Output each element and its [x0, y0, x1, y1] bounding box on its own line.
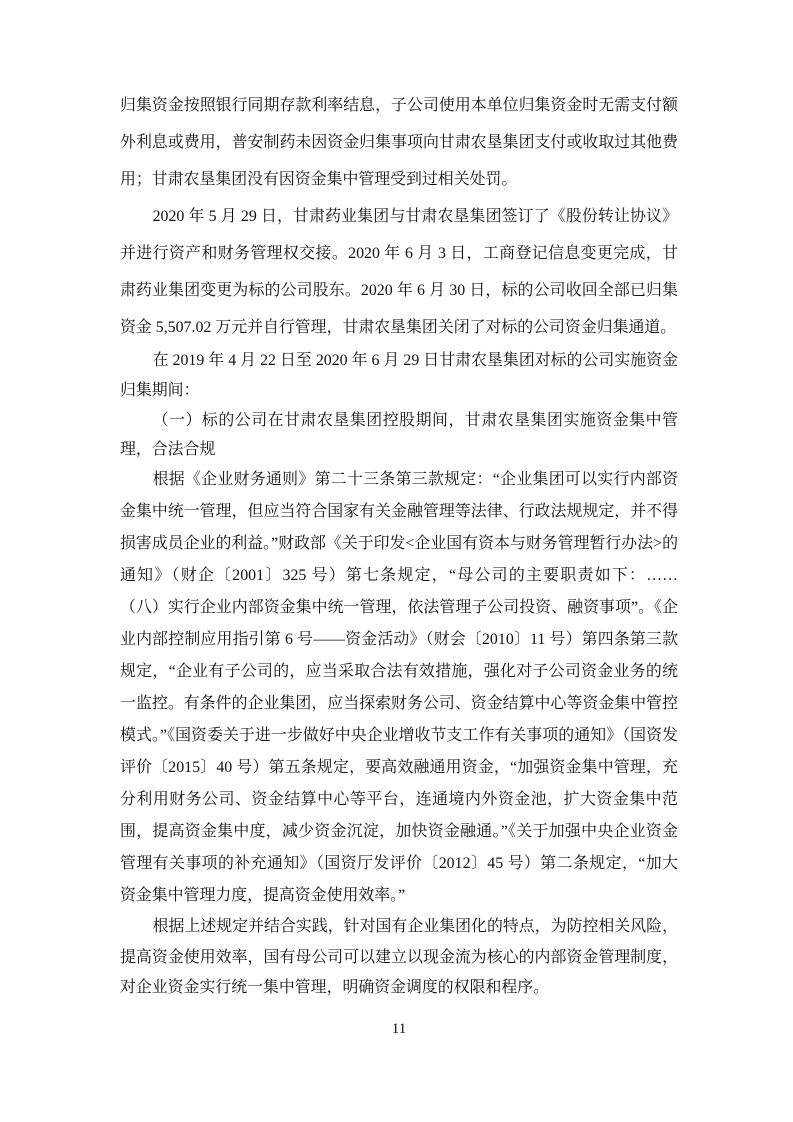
document-page: 归集资金按照银行同期存款利率结息，子公司使用本单位归集资金时无需支付额外利息或费…	[0, 0, 793, 1122]
section-heading-fund-management-compliance: （一）标的公司在甘肃农垦集团控股期间，甘肃农垦集团实施资金集中管理，合法合规	[120, 406, 678, 464]
paragraph-share-transfer-timeline: 2020 年 5 月 29 日，甘肃药业集团与甘肃农垦集团签订了《股份转让协议》…	[120, 198, 678, 346]
paragraph-conclusion: 根据上述规定并结合实践，针对国有企业集团化的特点，为防控相关风险，提高资金使用效…	[120, 912, 678, 1004]
paragraph-fund-interest-continuation: 归集资金按照银行同期存款利率结息，子公司使用本单位归集资金时无需支付额外利息或费…	[120, 87, 678, 198]
page-number: 11	[120, 1020, 678, 1038]
paragraph-collection-period-intro: 在 2019 年 4 月 22 日至 2020 年 6 月 29 日甘肃农垦集团…	[120, 346, 678, 406]
paragraph-regulation-citations: 根据《企业财务通则》第二十三条第三款规定：“企业集团可以实行内部资金集中统一管理…	[120, 464, 678, 912]
